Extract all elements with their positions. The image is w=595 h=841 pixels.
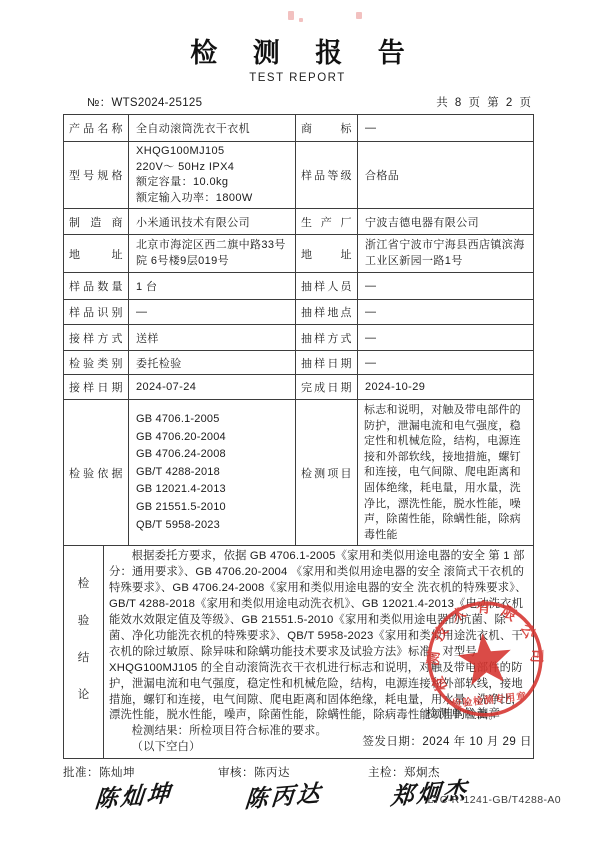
- sampling-staff-value: —: [358, 273, 534, 300]
- report-number-label: №：: [87, 97, 111, 109]
- stamp-residue-mark: [288, 11, 294, 20]
- document-code: LTC-R-1241-GB/T4288-A0: [428, 794, 562, 806]
- sample-id-value: —: [129, 300, 296, 325]
- receive-method-label: 接样方式: [64, 325, 129, 351]
- conclusion-paragraph: 根据委托方要求，依据 GB 4706.1-2005《家用和类似用途电器的安全 第…: [109, 549, 527, 724]
- manufacturer-value: 小米通讯技术有限公司: [129, 209, 296, 235]
- producer-label: 生产厂: [296, 209, 358, 235]
- sample-id-label: 样品识别: [64, 300, 129, 325]
- report-number-value: WTS2024-25125: [111, 97, 202, 109]
- receive-date-label: 接样日期: [64, 375, 129, 400]
- report-table: 产品名称 全自动滚筒洗衣干衣机 商标 — 型号规格 XHQG100MJ105 2…: [63, 114, 534, 759]
- issue-date: 签发日期：2024 年 10 月 29 日: [362, 733, 532, 749]
- complete-date-value: 2024-10-29: [358, 375, 534, 400]
- sample-grade-value: 合格品: [358, 142, 534, 209]
- inspection-type-label: 检验类别: [64, 351, 129, 375]
- test-items-value: 标志和说明，对触及带电部件的防护，泄漏电流和电气强度，稳定性和机械危险，结构，电…: [358, 400, 534, 546]
- test-report-page: 检 测 报 告 TEST REPORT №：WTS2024-25125 共 8 …: [0, 0, 595, 841]
- page-subtitle: TEST REPORT: [0, 72, 595, 84]
- manufacturer-label: 制造商: [64, 209, 129, 235]
- sample-qty-value: 1 台: [129, 273, 296, 300]
- model-spec-value: XHQG100MJ105 220V～ 50Hz IPX4 额定容量：10.0kg…: [129, 142, 296, 209]
- stamp-residue-mark: [299, 18, 303, 22]
- manufacturer-address-label: 地址: [64, 235, 129, 273]
- test-items-label: 检测项目: [296, 400, 358, 546]
- basis-value: GB 4706.1-2005 GB 4706.20-2004 GB 4706.2…: [129, 400, 296, 546]
- sampling-method-label: 抽样方式: [296, 325, 358, 351]
- product-name-label: 产品名称: [64, 115, 129, 142]
- trademark-label: 商标: [296, 115, 358, 142]
- conclusion-label: 检 验 结 论: [64, 546, 104, 759]
- seal-note: 检测单位盖章: [426, 705, 501, 721]
- inspection-type-value: 委托检验: [129, 351, 296, 375]
- receive-method-value: 送样: [129, 325, 296, 351]
- complete-date-label: 完成日期: [296, 375, 358, 400]
- page-title: 检 测 报 告: [0, 31, 595, 70]
- sampling-date-value: —: [358, 351, 534, 375]
- receive-date-value: 2024-07-24: [129, 375, 296, 400]
- approver-signature: 陈灿坤: [94, 775, 175, 815]
- trademark-value: —: [358, 115, 534, 142]
- sampling-place-label: 抽样地点: [296, 300, 358, 325]
- conclusion-content: 根据委托方要求，依据 GB 4706.1-2005《家用和类似用途电器的安全 第…: [104, 546, 534, 759]
- report-number: №：WTS2024-25125: [87, 94, 202, 110]
- producer-value: 宁波吉德电器有限公司: [358, 209, 534, 235]
- model-spec-label: 型号规格: [64, 142, 129, 209]
- sample-grade-label: 样品等级: [296, 142, 358, 209]
- sample-qty-label: 样品数量: [64, 273, 129, 300]
- producer-address-value: 浙江省宁波市宁海县西店镇滨海工业区新园一路1号: [358, 235, 534, 273]
- page-count: 共 8 页 第 2 页: [436, 94, 533, 110]
- stamp-residue-mark: [356, 12, 362, 19]
- manufacturer-address-value: 北京市海淀区西二旗中路33号院 6号楼9层019号: [129, 235, 296, 273]
- sampling-staff-label: 抽样人员: [296, 273, 358, 300]
- sampling-date-label: 抽样日期: [296, 351, 358, 375]
- basis-label: 检验依据: [64, 400, 129, 546]
- sampling-place-value: —: [358, 300, 534, 325]
- producer-address-label: 地址: [296, 235, 358, 273]
- reviewer-signature: 陈丙达: [244, 775, 325, 815]
- product-name-value: 全自动滚筒洗衣干衣机: [129, 115, 296, 142]
- sampling-method-value: —: [358, 325, 534, 351]
- meta-row: №：WTS2024-25125 共 8 页 第 2 页: [62, 94, 533, 110]
